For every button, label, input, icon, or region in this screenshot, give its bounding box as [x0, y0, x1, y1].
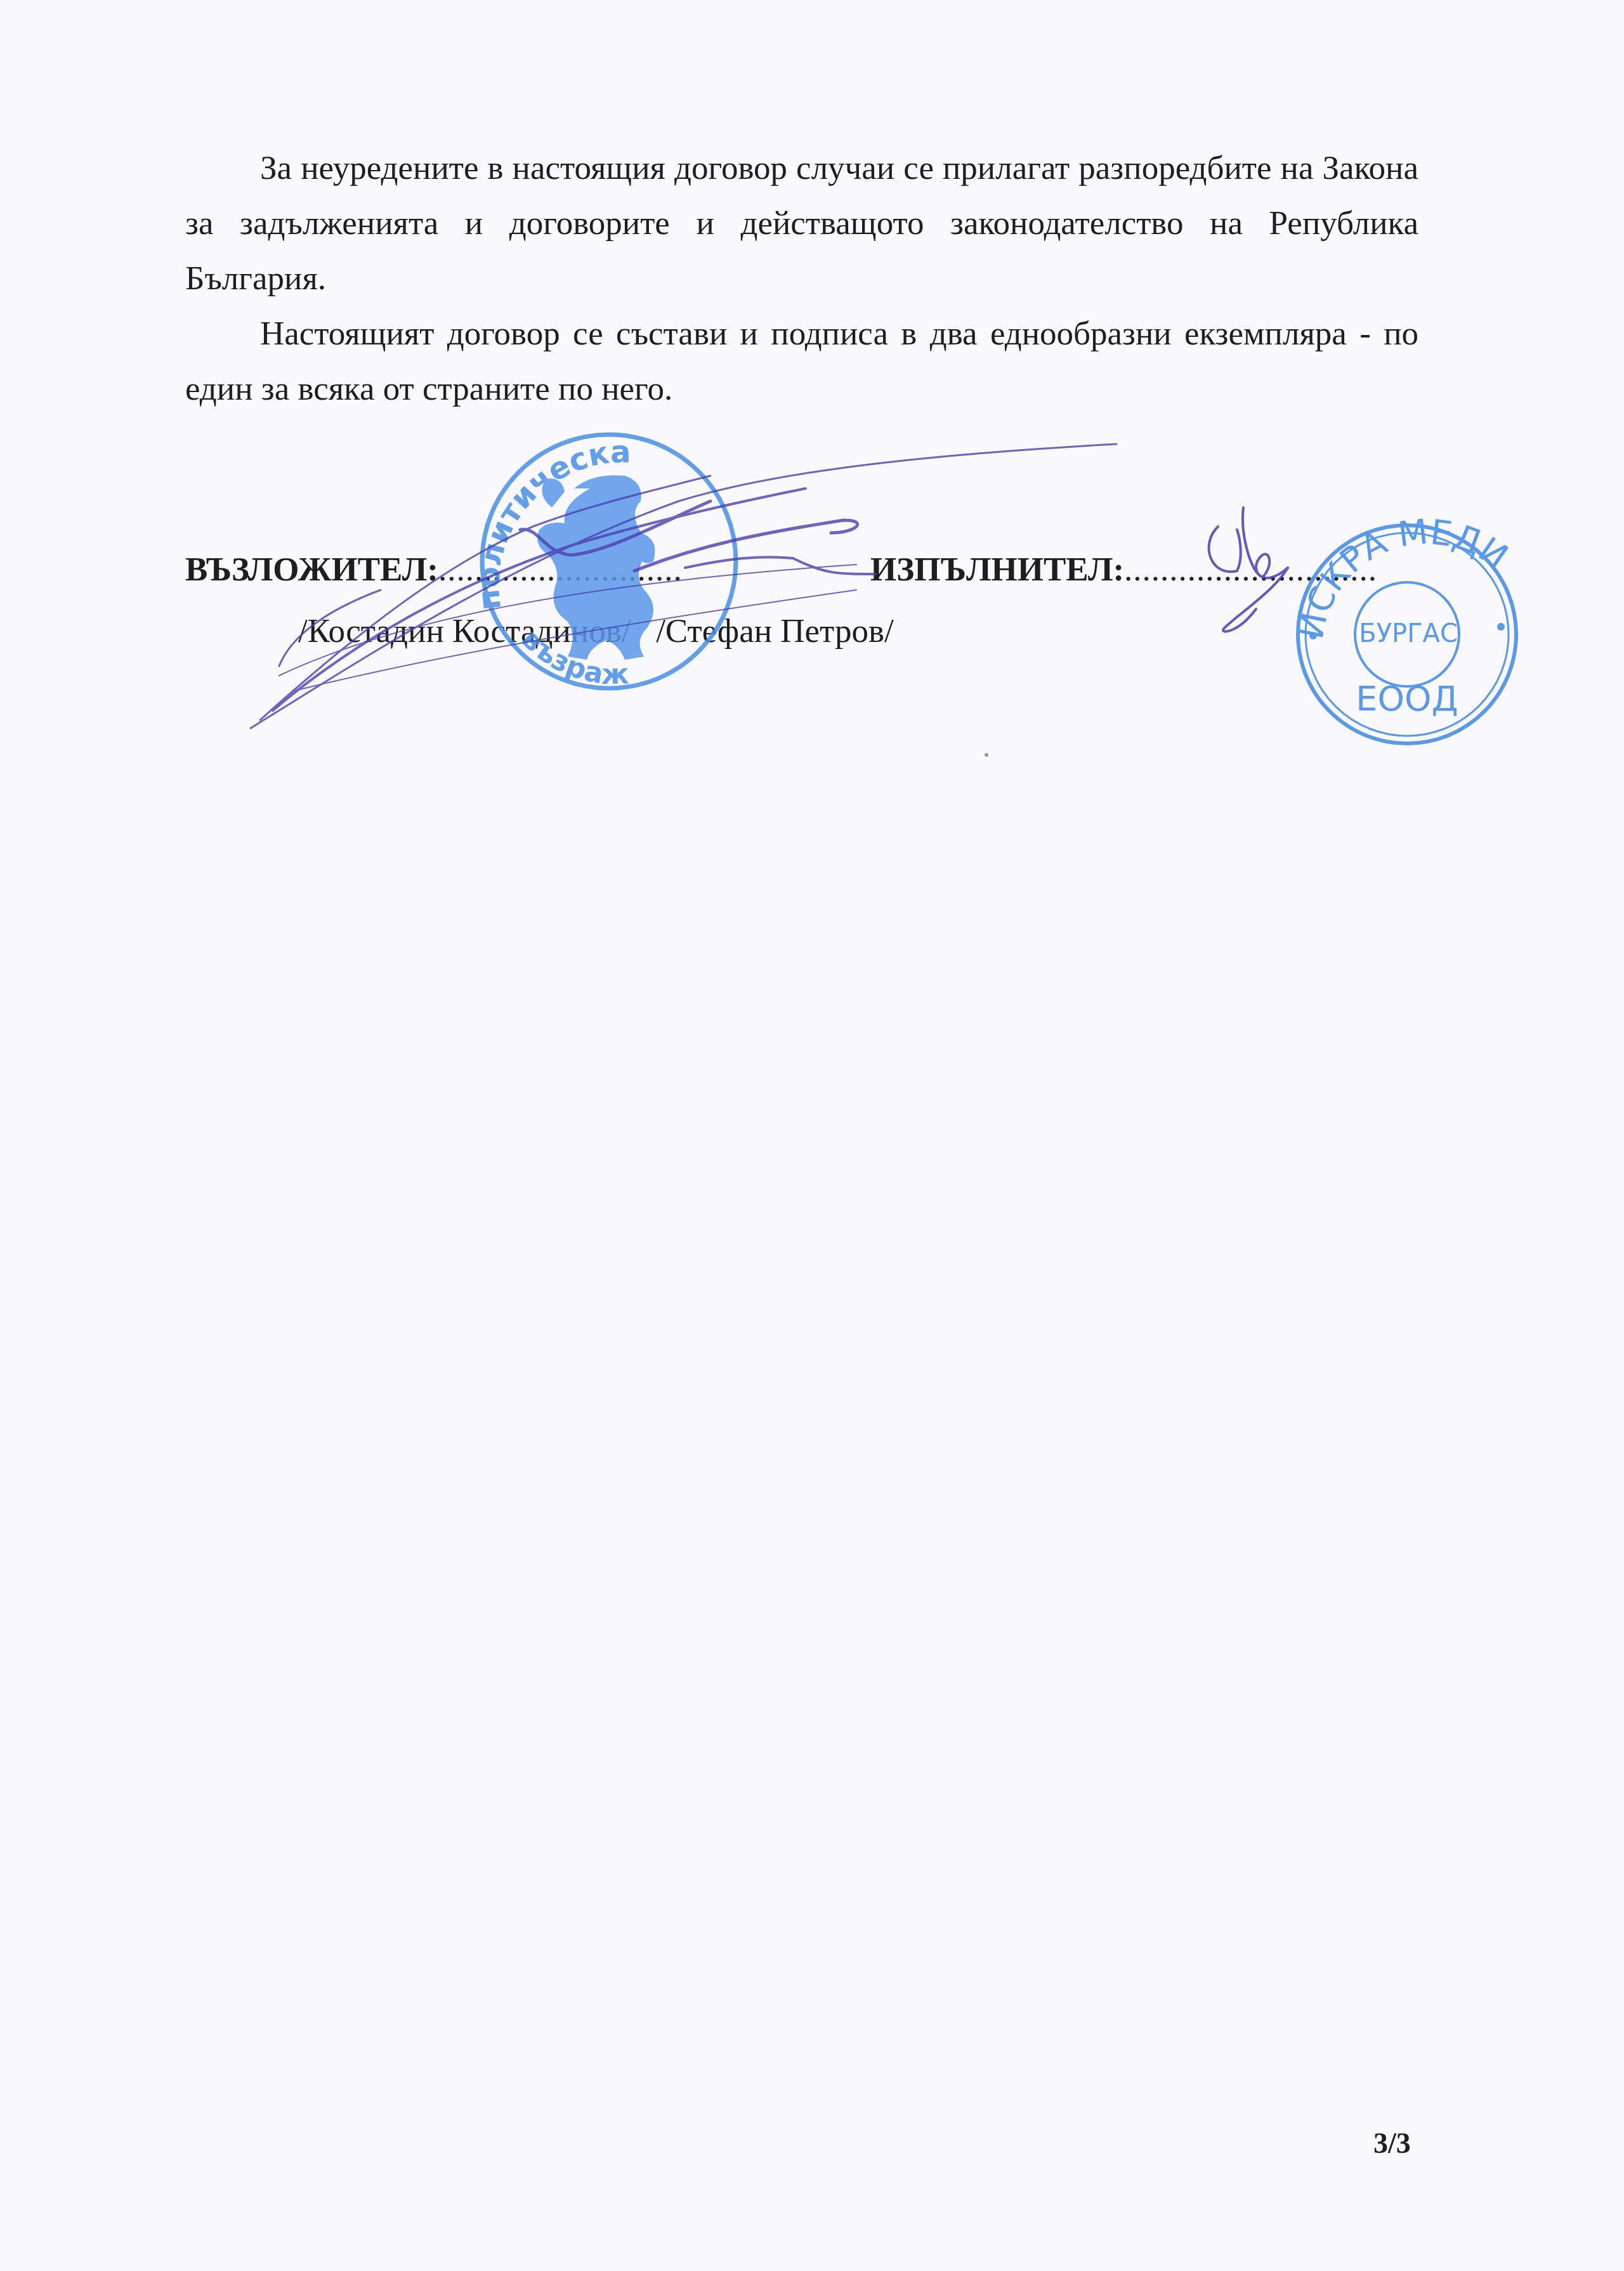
- contractor-signature-line: ИЗПЪЛНИТЕЛ:............................: [870, 551, 1377, 589]
- signatory-names: /Костадин Костадинов/ /Стефан Петров/: [298, 612, 894, 650]
- paper-speck-icon: [985, 753, 988, 757]
- contractor-label: ИЗПЪЛНИТЕЛ:: [870, 551, 1124, 588]
- contractor-dots: ............................: [1124, 551, 1377, 588]
- stamp-inner-ring-icon: [1355, 582, 1459, 686]
- assignor-signature-line: ВЪЗЛОЖИТЕЛ:...........................: [185, 551, 683, 589]
- paragraph-copies: Настоящият договор се състави и подписа …: [185, 306, 1418, 417]
- paragraph-applicable-law: За неуредените в настоящия договор случа…: [185, 141, 1418, 306]
- assignor-dots: ...........................: [438, 551, 683, 588]
- page-number: 3/3: [1373, 2126, 1411, 2160]
- assignor-label: ВЪЗЛОЖИТЕЛ:: [185, 551, 438, 588]
- svg-text:ЕООД: ЕООД: [1356, 679, 1458, 719]
- document-page: За неуредените в настоящия договор случа…: [0, 0, 1624, 2271]
- svg-text:БУРГАС: БУРГАС: [1359, 619, 1458, 648]
